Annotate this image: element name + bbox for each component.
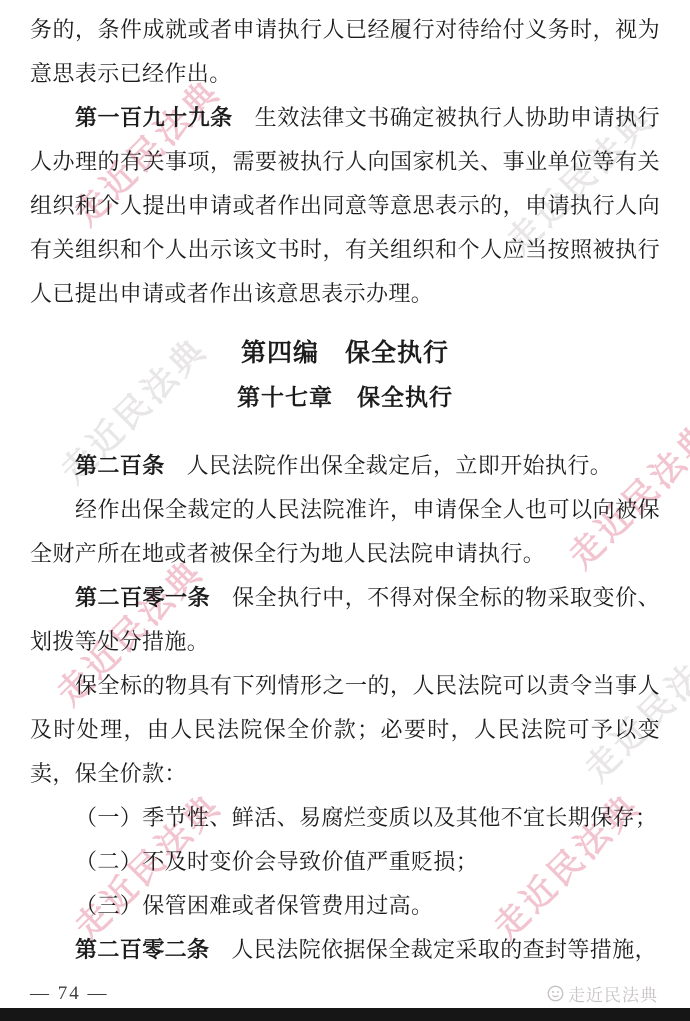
paragraph: 经作出保全裁定的人民法院准许，申请保全人也可以向被保全财产所在地或者被保全行为地… [30,488,660,576]
paragraph-article-199: 第一百九十九条生效法律文书确定被执行人协助申请执行人办理的有关事项，需要被执行人… [30,96,660,316]
paragraph-text: （三）保管困难或者保管费用过高。 [75,893,433,918]
paragraph-text: 人民法院作出保全裁定后，立即开始执行。 [187,453,613,478]
brand-label: 走近民法典 [568,981,658,1006]
paragraph-text: 人民法院依据保全裁定采取的查封等措施， [231,937,657,962]
article-number: 第二百零一条 [75,585,210,610]
paragraph-text: 经作出保全裁定的人民法院准许，申请保全人也可以向被保全财产所在地或者被保全行为地… [30,497,660,566]
paragraph-article-202: 第二百零二条人民法院依据保全裁定采取的查封等措施， [30,928,660,972]
paragraph-text: （一）季节性、鲜活、易腐烂变质以及其他不宜长期保存； [75,805,657,830]
brand-watermark: 走近民法典 [547,981,658,1006]
paragraph: 保全标的物具有下列情形之一的，人民法院可以责令当事人及时处理，由人民法院保全价款… [30,664,660,796]
article-number: 第二百零二条 [75,937,209,962]
paragraph-text: 生效法律文书确定被执行人协助申请执行人办理的有关事项，需要被执行人向国家机关、事… [30,105,660,306]
paragraph-text: （二）不及时变价会导致价值严重贬损； [75,849,478,874]
paragraph-text: 务的，条件成就或者申请执行人已经履行对待给付义务时，视为意思表示已经作出。 [30,17,660,86]
document-page: 走近民法典 走近民法典 走近民法典 走近民法典 走近民法典 走近民法典 走近民法… [0,0,690,1021]
paragraph-continuation: 务的，条件成就或者申请执行人已经履行对待给付义务时，视为意思表示已经作出。 [30,8,660,96]
article-number: 第一百九十九条 [75,105,233,130]
page-number: — 74 — [30,983,109,1005]
chapter-heading: 第十七章 保全执行 [30,376,660,420]
list-item-2: （二）不及时变价会导致价值严重贬损； [30,840,660,884]
list-item-3: （三）保管困难或者保管费用过高。 [30,884,660,928]
brand-logo-icon [547,985,564,1002]
list-item-1: （一）季节性、鲜活、易腐烂变质以及其他不宜长期保存； [30,796,660,840]
bottom-divider-bar [0,1008,690,1021]
paragraph-article-201: 第二百零一条保全执行中，不得对保全标的物采取变价、划拨等处分措施。 [30,576,660,664]
part-heading: 第四编 保全执行 [30,332,660,376]
paragraph-article-200: 第二百条人民法院作出保全裁定后，立即开始执行。 [30,444,660,488]
article-number: 第二百条 [75,453,165,478]
document-body: 务的，条件成就或者申请执行人已经履行对待给付义务时，视为意思表示已经作出。 第一… [30,8,660,972]
paragraph-text: 保全标的物具有下列情形之一的，人民法院可以责令当事人及时处理，由人民法院保全价款… [30,673,660,786]
